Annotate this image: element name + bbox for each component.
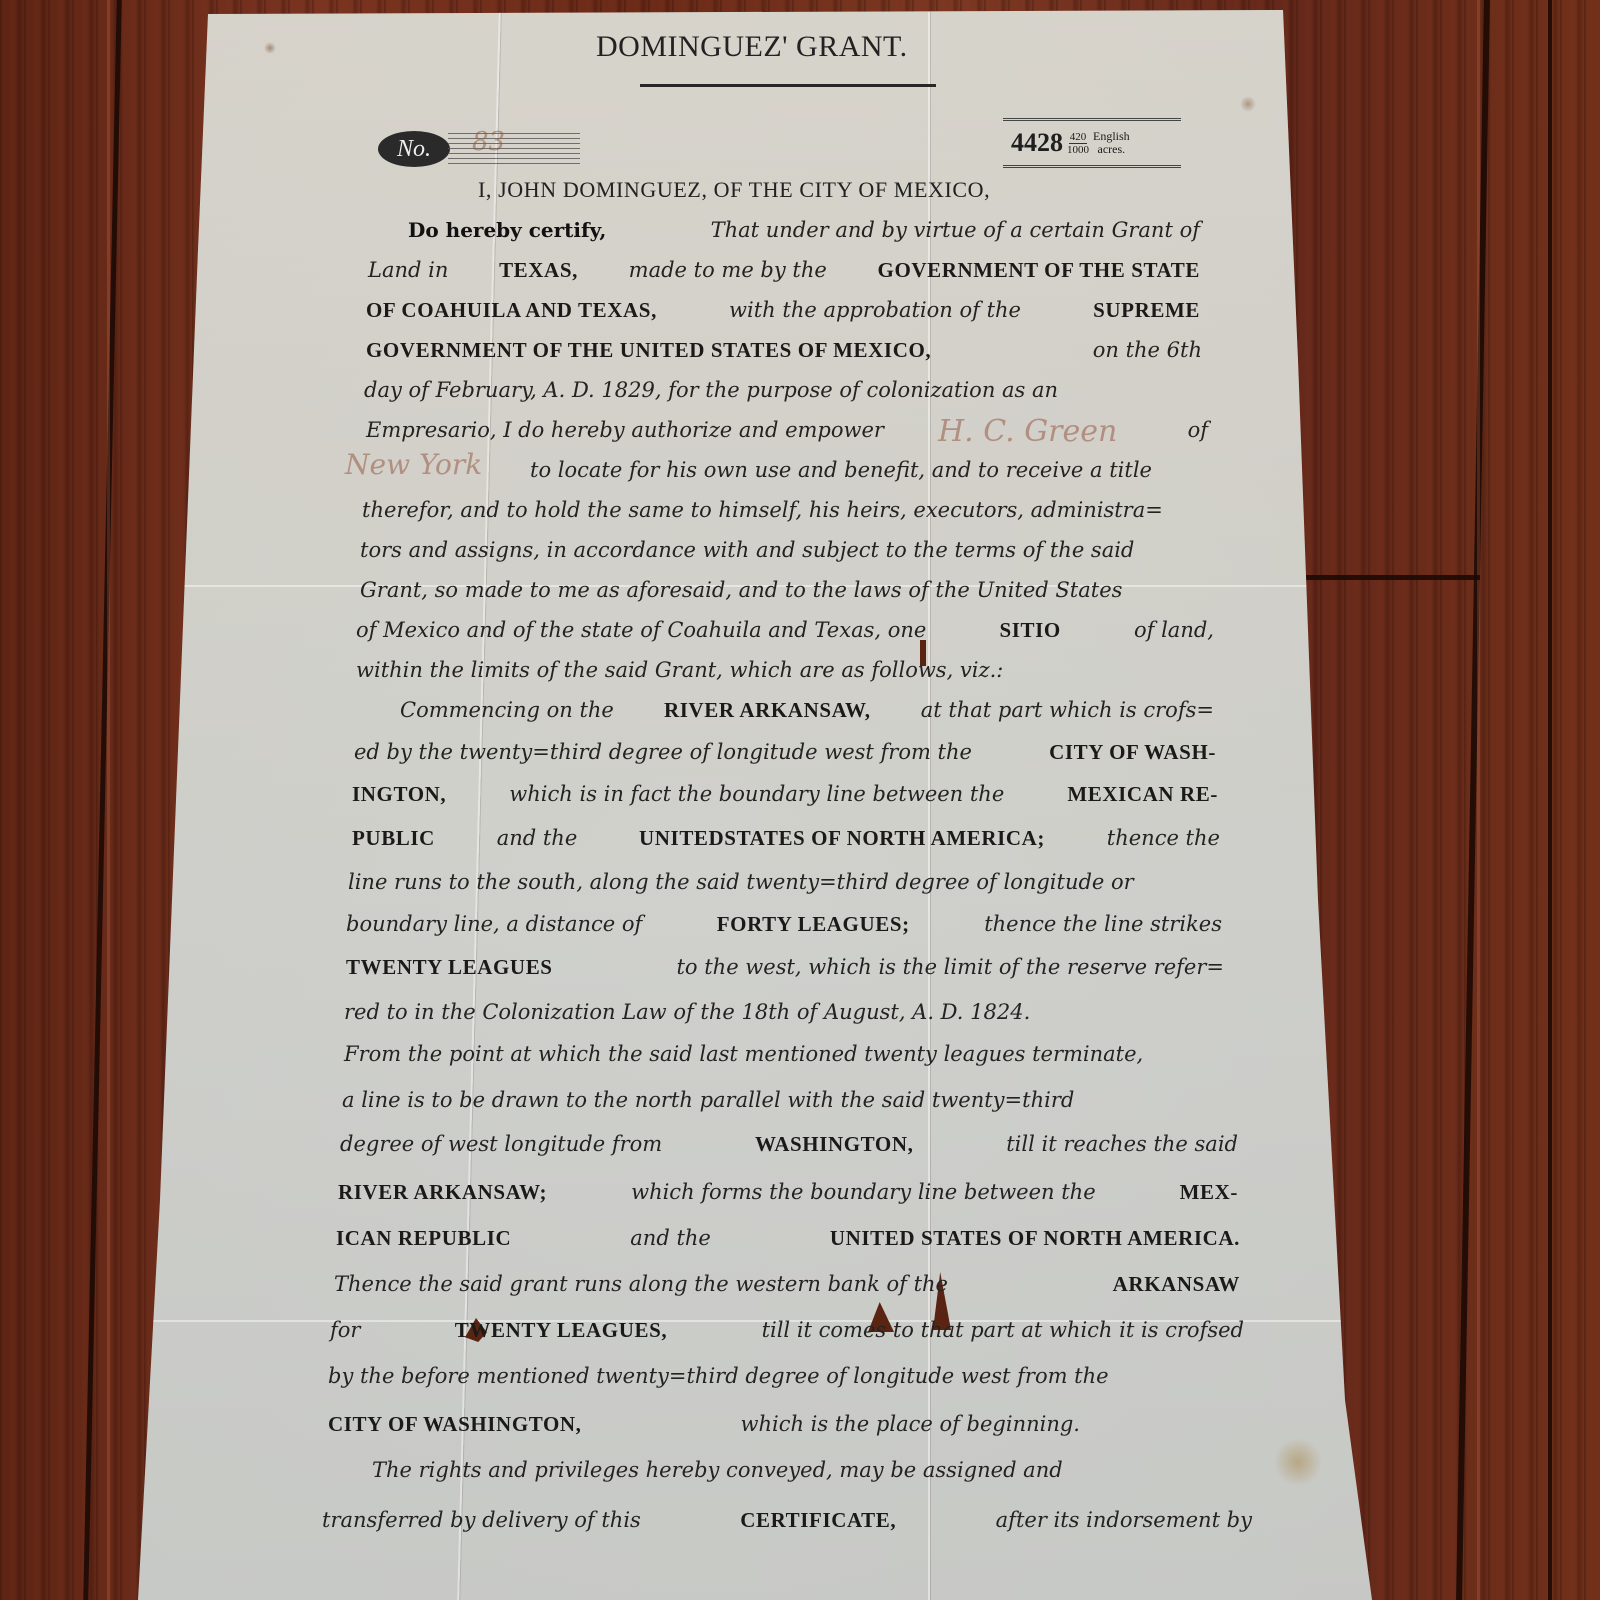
certificate-text-line: by the before mentioned twenty=third deg… bbox=[328, 1364, 1246, 1388]
script-text: for bbox=[330, 1318, 360, 1342]
script-text: degree of west longitude from bbox=[340, 1132, 662, 1156]
script-text: at that part which is crofs= bbox=[921, 698, 1214, 722]
script-text: of Mexico and of the state of Coahuila a… bbox=[356, 618, 926, 642]
script-text: a line is to be drawn to the north paral… bbox=[342, 1088, 1074, 1112]
emphasized-caps-text: ARKANSAW bbox=[1113, 1272, 1240, 1297]
certificate-text-line: INGTON,which is in fact the boundary lin… bbox=[352, 782, 1218, 807]
certificate-text-line: therefor, and to hold the same to himsel… bbox=[362, 498, 1210, 522]
certificate-text-line: line runs to the south, along the said t… bbox=[348, 870, 1222, 894]
script-text: day of February, A. D. 1829, for the pur… bbox=[364, 378, 1058, 402]
script-text: and the bbox=[497, 826, 578, 850]
certificate-text-line: TWENTY LEAGUESto the west, which is the … bbox=[346, 955, 1224, 980]
emphasized-caps-text: UNITEDSTATES OF NORTH AMERICA; bbox=[639, 826, 1045, 851]
certificate-text-line: boundary line, a distance ofFORTY LEAGUE… bbox=[346, 912, 1222, 937]
certificate-text-line: transferred by delivery of thisCERTIFICA… bbox=[322, 1508, 1252, 1533]
acreage-box: 4428 420 1000 English acres. bbox=[1003, 118, 1181, 168]
script-text: to the west, which is the limit of the r… bbox=[676, 955, 1224, 979]
emphasized-caps-text: GOVERNMENT OF THE UNITED STATES OF MEXIC… bbox=[366, 338, 931, 363]
script-text: ed by the twenty=third degree of longitu… bbox=[354, 740, 972, 764]
script-text: Land in bbox=[368, 258, 448, 282]
script-text: transferred by delivery of this bbox=[322, 1508, 641, 1532]
certificate-text-line: forTWENTY LEAGUES,till it comes to that … bbox=[330, 1318, 1244, 1343]
script-text: thence the bbox=[1107, 826, 1220, 850]
handwritten-place: New York bbox=[345, 448, 482, 481]
script-text: till it comes to that part at which it i… bbox=[762, 1318, 1244, 1342]
certificate-text-line: ICAN REPUBLICand theUNITED STATES OF NOR… bbox=[336, 1226, 1240, 1251]
certificate-text-line: to locate for his own use and benefit, a… bbox=[530, 458, 1206, 482]
certificate-text-line: Thence the said grant runs along the wes… bbox=[334, 1272, 1240, 1297]
acres-unit-line1: English bbox=[1093, 129, 1130, 143]
acres-whole: 4428 bbox=[1011, 128, 1063, 158]
script-text: with the approbation of the bbox=[729, 298, 1021, 322]
emphasized-caps-text: MEX- bbox=[1180, 1180, 1238, 1205]
certificate-text-line: of Mexico and of the state of Coahuila a… bbox=[356, 618, 1214, 643]
acres-unit-line2: acres. bbox=[1098, 142, 1126, 156]
acres-fraction: 420 1000 bbox=[1067, 131, 1089, 156]
certificate-text-line: tors and assigns, in accordance with and… bbox=[360, 538, 1210, 562]
certificate-text-line: From the point at which the said last me… bbox=[344, 1042, 1224, 1066]
script-text: Commencing on the bbox=[400, 698, 614, 722]
certificate-text-line: degree of west longitude fromWASHINGTON,… bbox=[340, 1132, 1238, 1157]
script-text: after its indorsement by bbox=[996, 1508, 1252, 1532]
certificate-text-line: PUBLICand theUNITEDSTATES OF NORTH AMERI… bbox=[352, 826, 1220, 851]
emphasized-caps-text: SITIO bbox=[999, 618, 1060, 643]
certificate-text-line: Grant, so made to me as aforesaid, and t… bbox=[360, 578, 1212, 602]
certificate-text-line: The rights and privileges hereby conveye… bbox=[372, 1458, 1250, 1482]
certificate-text-line: red to in the Colonization Law of the 18… bbox=[344, 1000, 1226, 1024]
script-text: The rights and privileges hereby conveye… bbox=[372, 1458, 1063, 1482]
script-text: of land, bbox=[1134, 618, 1214, 642]
emphasized-caps-text: PUBLIC bbox=[352, 826, 435, 851]
land-grant-certificate: DOMINGUEZ' GRANT. No. 83 4428 420 1000 E… bbox=[0, 0, 1600, 1600]
script-text: line runs to the south, along the said t… bbox=[348, 870, 1134, 894]
emphasized-caps-text: CERTIFICATE, bbox=[740, 1508, 896, 1533]
script-text: to locate for his own use and benefit, a… bbox=[530, 458, 1152, 482]
grantor-heading: I, JOHN DOMINGUEZ, OF THE CITY OF MEXICO… bbox=[478, 177, 990, 203]
emphasized-caps-text: MEXICAN RE- bbox=[1067, 782, 1218, 807]
script-text: That under and by virtue of a certain Gr… bbox=[711, 218, 1200, 242]
emphasized-caps-text: TWENTY LEAGUES bbox=[346, 955, 553, 980]
script-text: therefor, and to hold the same to himsel… bbox=[362, 498, 1163, 522]
document-title: DOMINGUEZ' GRANT. bbox=[596, 30, 908, 64]
script-text: made to me by the bbox=[629, 258, 827, 282]
script-text: which forms the boundary line between th… bbox=[631, 1180, 1096, 1204]
emphasized-caps-text: CITY OF WASHINGTON, bbox=[328, 1412, 582, 1437]
script-text: till it reaches the said bbox=[1006, 1132, 1238, 1156]
certificate-text-line: Commencing on theRIVER ARKANSAW,at that … bbox=[400, 698, 1214, 723]
script-text: which is in fact the boundary line betwe… bbox=[509, 782, 1004, 806]
certificate-text-line: Empresario, I do hereby authorize and em… bbox=[366, 418, 1208, 442]
number-badge: No. bbox=[378, 131, 450, 167]
title-rule bbox=[640, 84, 936, 87]
script-text: within the limits of the said Grant, whi… bbox=[356, 658, 1003, 682]
certificate-text-line: GOVERNMENT OF THE UNITED STATES OF MEXIC… bbox=[366, 338, 1202, 363]
emphasized-caps-text: FORTY LEAGUES; bbox=[717, 912, 910, 937]
script-text: Thence the said grant runs along the wes… bbox=[334, 1272, 948, 1296]
number-ruled-field bbox=[448, 133, 580, 165]
emphasized-caps-text: CITY OF WASH- bbox=[1049, 740, 1216, 765]
emphasized-caps-text: WASHINGTON, bbox=[755, 1132, 914, 1157]
emphasized-caps-text: RIVER ARKANSAW, bbox=[664, 698, 871, 723]
script-text: Empresario, I do hereby authorize and em… bbox=[366, 418, 884, 442]
script-text: tors and assigns, in accordance with and… bbox=[360, 538, 1134, 562]
script-text: red to in the Colonization Law of the 18… bbox=[344, 1000, 1030, 1024]
certificate-text-line: CITY OF WASHINGTON,which is the place of… bbox=[328, 1412, 1080, 1437]
emphasized-caps-text: ICAN REPUBLIC bbox=[336, 1226, 511, 1251]
emphasized-caps-text: TEXAS, bbox=[499, 258, 578, 283]
blackletter-text: Do hereby certify, bbox=[408, 218, 606, 242]
emphasized-caps-text: OF COAHUILA AND TEXAS, bbox=[366, 298, 657, 323]
emphasized-caps-text: SUPREME bbox=[1093, 298, 1200, 323]
emphasized-caps-text: GOVERNMENT OF THE STATE bbox=[878, 258, 1200, 283]
acres-unit: English acres. bbox=[1093, 130, 1130, 156]
emphasized-caps-text: TWENTY LEAGUES, bbox=[455, 1318, 667, 1343]
certificate-text-line: ed by the twenty=third degree of longitu… bbox=[354, 740, 1216, 765]
script-text: and the bbox=[630, 1226, 711, 1250]
script-text: thence the line strikes bbox=[984, 912, 1222, 936]
certificate-text-line: a line is to be drawn to the north paral… bbox=[342, 1088, 1236, 1112]
certificate-text-line: day of February, A. D. 1829, for the pur… bbox=[364, 378, 1204, 402]
script-text: on the 6th bbox=[1093, 338, 1202, 362]
emphasized-caps-text: UNITED STATES OF NORTH AMERICA. bbox=[830, 1226, 1240, 1251]
acres-denominator: 1000 bbox=[1067, 144, 1089, 156]
script-text: From the point at which the said last me… bbox=[344, 1042, 1143, 1066]
script-text: of bbox=[1188, 418, 1208, 442]
certificate-text-line: OF COAHUILA AND TEXAS,with the approbati… bbox=[366, 298, 1200, 323]
emphasized-caps-text: INGTON, bbox=[352, 782, 446, 807]
script-text: by the before mentioned twenty=third deg… bbox=[328, 1364, 1109, 1388]
certificate-text-line: RIVER ARKANSAW;which forms the boundary … bbox=[338, 1180, 1238, 1205]
script-text: which is the place of beginning. bbox=[741, 1412, 1081, 1436]
certificate-text-line: within the limits of the said Grant, whi… bbox=[356, 658, 1112, 682]
certificate-text-line: Do hereby certify,That under and by virt… bbox=[408, 218, 1200, 242]
certificate-text-line: Land inTEXAS,made to me by theGOVERNMENT… bbox=[368, 258, 1200, 283]
script-text: Grant, so made to me as aforesaid, and t… bbox=[360, 578, 1122, 602]
script-text: boundary line, a distance of bbox=[346, 912, 642, 936]
acres-numerator: 420 bbox=[1069, 131, 1088, 144]
handwritten-number: 83 bbox=[472, 127, 505, 157]
emphasized-caps-text: RIVER ARKANSAW; bbox=[338, 1180, 547, 1205]
